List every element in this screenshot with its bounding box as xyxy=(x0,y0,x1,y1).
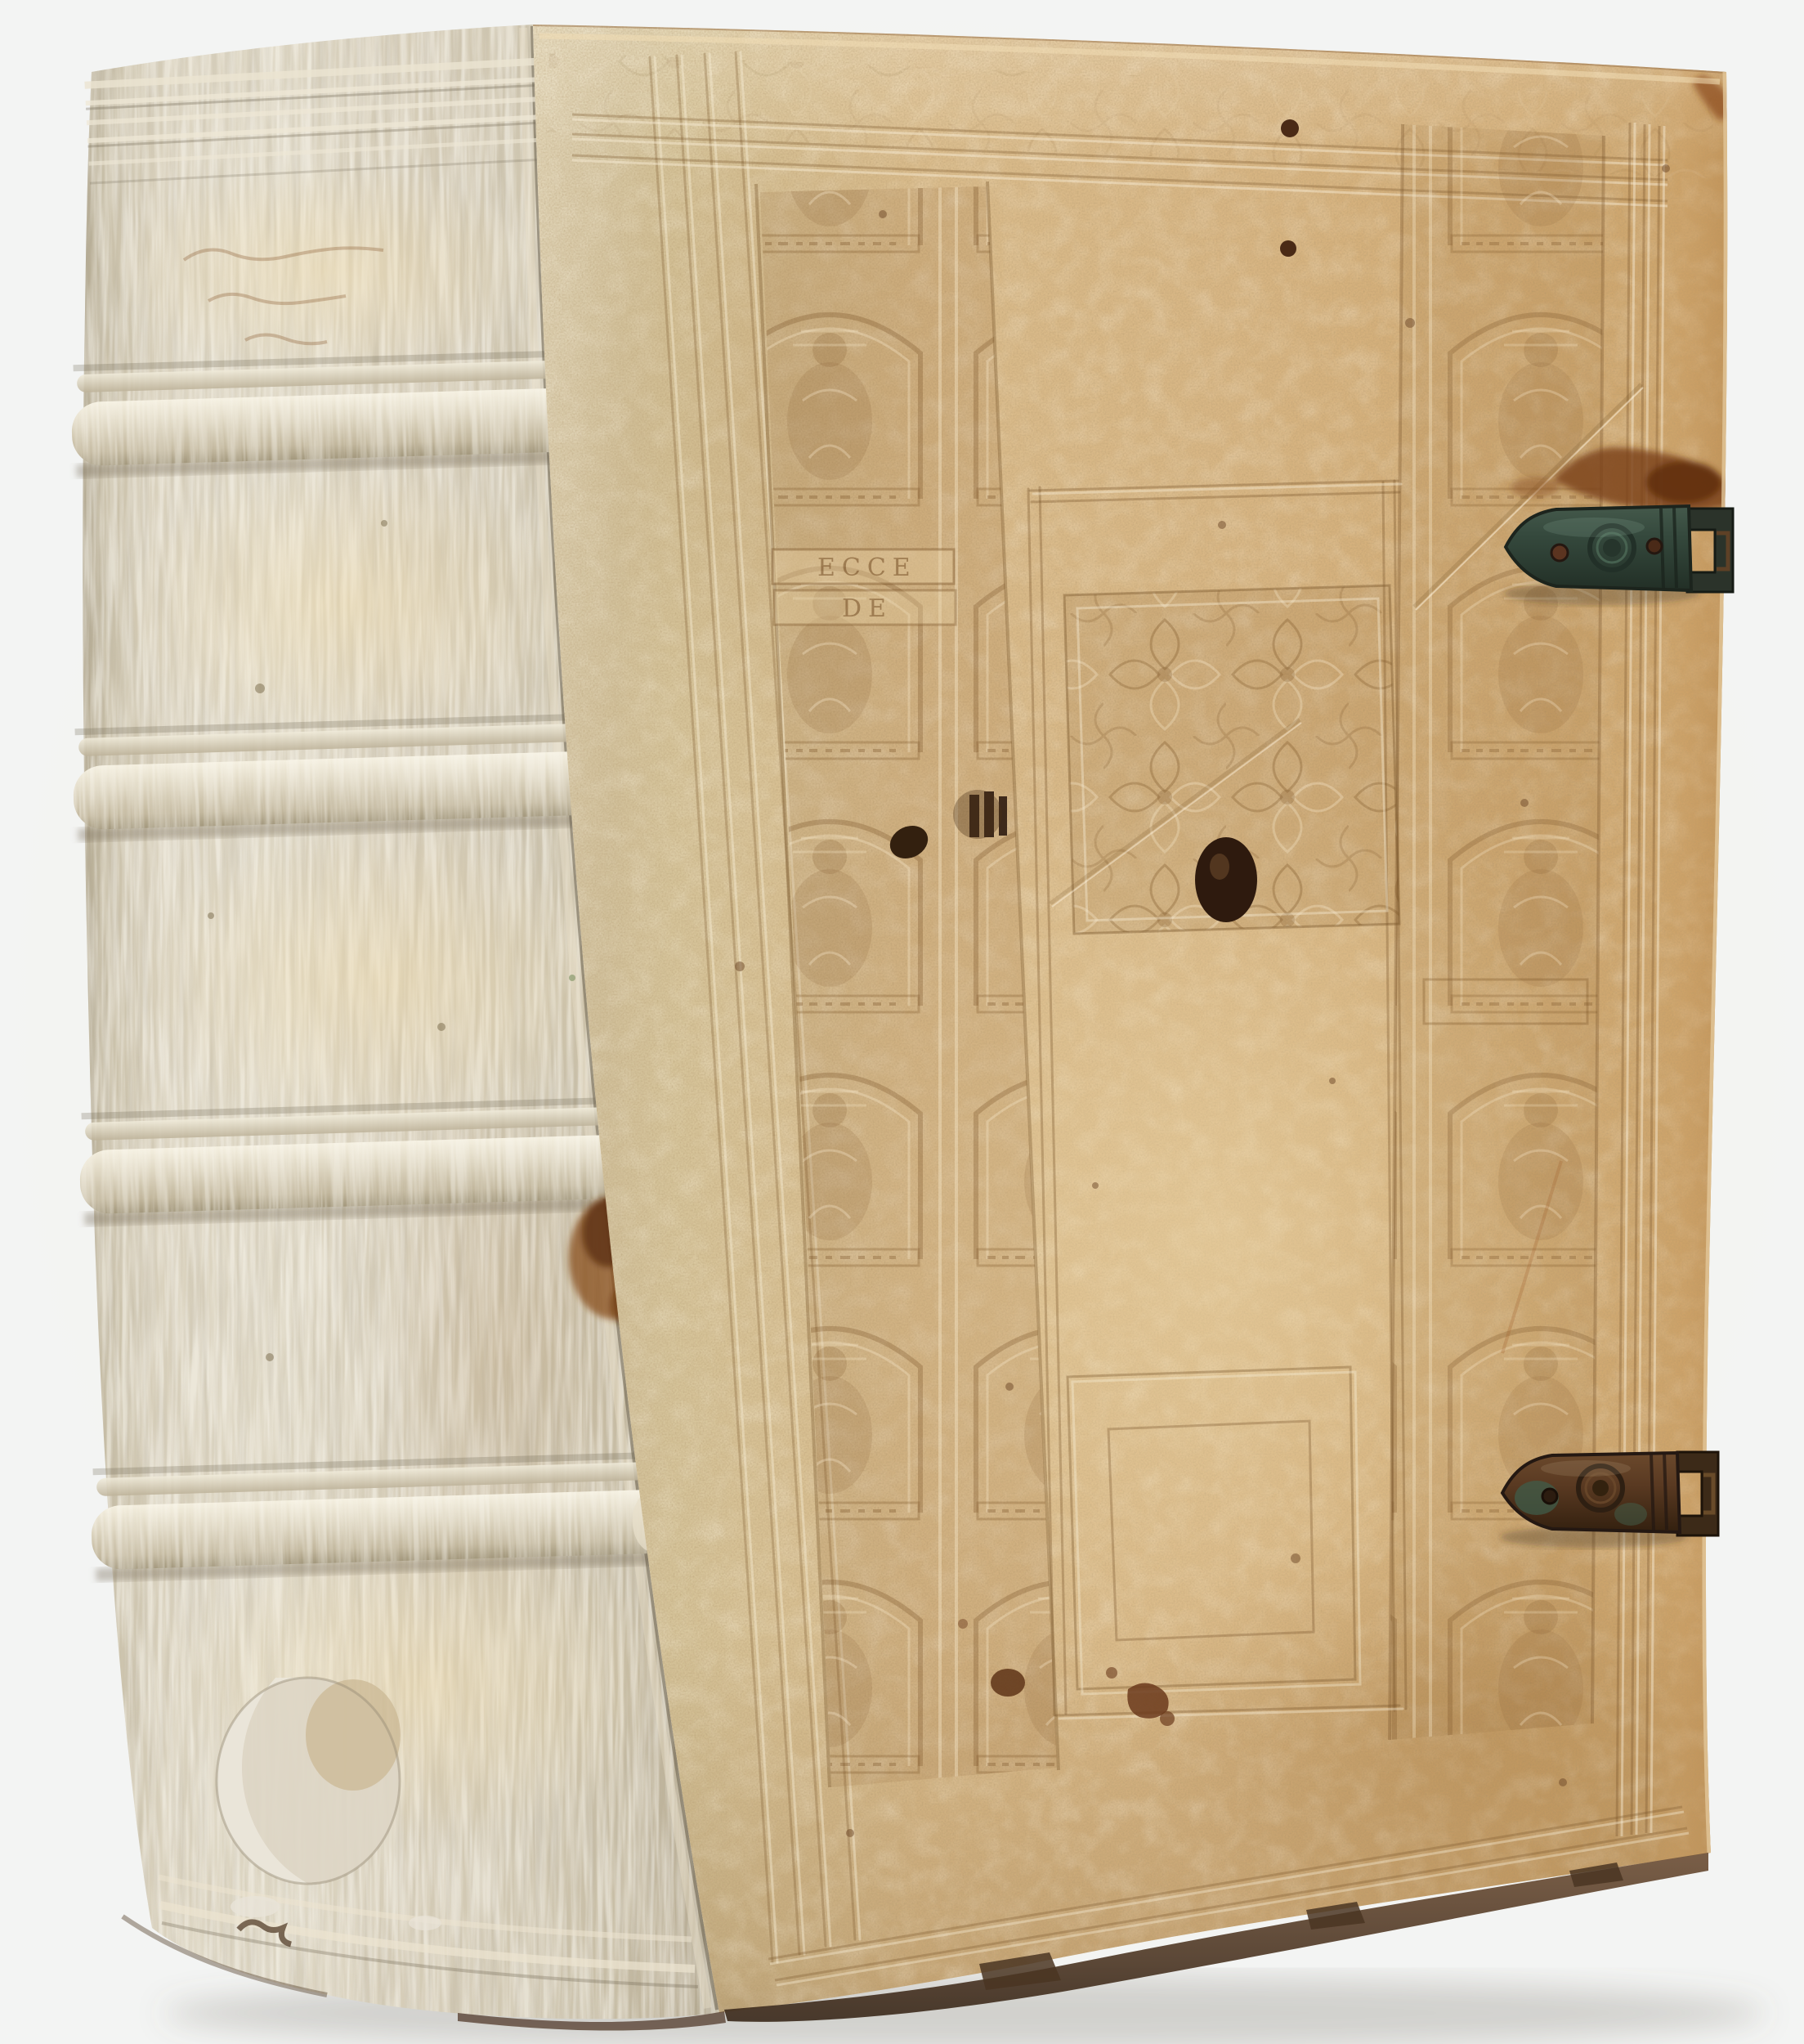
book: ECCE DE xyxy=(65,0,1804,2044)
roll-inscription-upper: ECCE xyxy=(817,554,917,582)
clasp-upper-rivet-2 xyxy=(1647,539,1662,554)
clasp-upper-rivet xyxy=(1551,545,1568,561)
raised-band-2 xyxy=(72,712,624,841)
raised-band-1 xyxy=(70,349,607,477)
roll-inscription-lower: DE xyxy=(842,594,893,623)
inscription-plate-lower: DE xyxy=(774,590,956,625)
raised-band-3 xyxy=(78,1096,652,1226)
book-photo: ECCE DE xyxy=(0,0,1804,2044)
photo-stage: ECCE DE xyxy=(0,0,1804,2044)
inscription-plate-upper: ECCE xyxy=(772,549,954,584)
raised-band-4 xyxy=(90,1451,682,1581)
clasp-lower-rivet xyxy=(1542,1489,1557,1504)
